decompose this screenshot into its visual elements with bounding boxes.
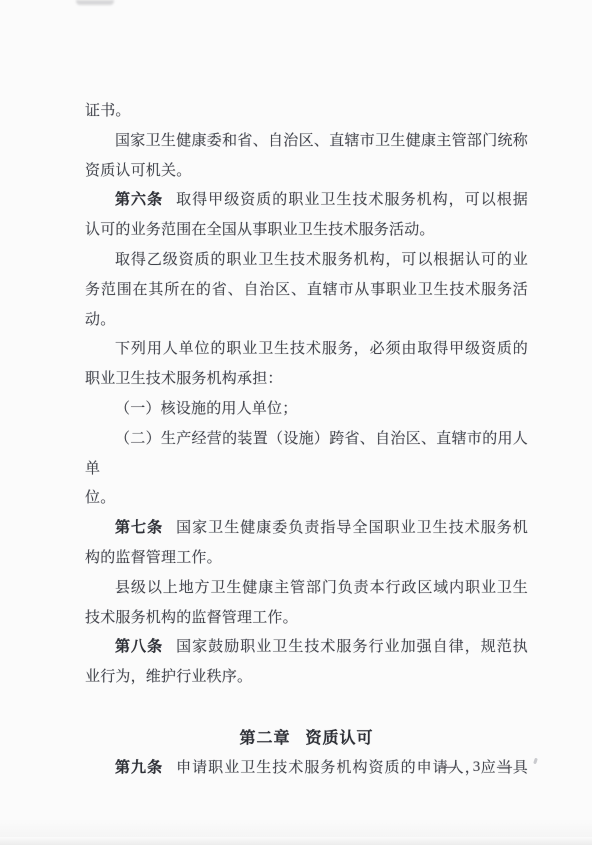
chapter-heading: 第二章资质认可 <box>85 724 528 754</box>
doc-line-text: 下列用人单位的职业卫生技术服务，必须由取得甲级资质的 <box>115 341 528 357</box>
scan-artifact-top-smudge <box>76 0 114 5</box>
scan-artifact-bottom-edge <box>0 837 592 845</box>
doc-line: 职业卫生技术服务机构承担： <box>85 365 528 395</box>
chapter-title: 资质认可 <box>306 730 374 747</box>
article-number-label: 第九条 <box>115 760 163 776</box>
doc-line-text: 职业卫生技术服务机构承担： <box>85 371 283 387</box>
scan-artifact-speck <box>533 758 538 765</box>
doc-line: 构的监督管理工作。 <box>85 544 528 574</box>
doc-line-list-item-1: （一）核设施的用人单位； <box>85 395 528 425</box>
doc-line-text: 技术服务机构的监督管理工作。 <box>85 610 298 626</box>
doc-line-text: 动。 <box>85 312 115 328</box>
doc-line: 动。 <box>85 306 528 336</box>
doc-line-text: （一）核设施的用人单位； <box>115 401 297 417</box>
page-number: — 3 — <box>441 759 516 776</box>
doc-line: 资质认可机关。 <box>85 157 528 187</box>
doc-line-article-6: 第六条取得甲级资质的职业卫生技术服务机构，可以根据 <box>85 186 528 216</box>
doc-line-text: 位。 <box>85 490 115 506</box>
doc-line: 下列用人单位的职业卫生技术服务，必须由取得甲级资质的 <box>85 335 528 365</box>
scan-artifact-noise-band <box>0 819 592 837</box>
doc-line-text: 认可的业务范围在全国从事职业卫生技术服务活动。 <box>85 222 435 238</box>
chapter-number: 第二章 <box>239 730 290 747</box>
doc-line-text: 县级以上地方卫生健康主管部门负责本行政区域内职业卫生 <box>115 580 528 596</box>
doc-line-text: 务范围在其所在的省、自治区、直辖市从事职业卫生技术服务活 <box>85 282 528 298</box>
article-number-label: 第六条 <box>115 192 163 208</box>
doc-line-text: 国家鼓励职业卫生技术服务行业加强自律，规范执 <box>176 639 528 655</box>
scanned-document-page: { "colors": { "paper": "#fbfbfb", "ink":… <box>0 0 592 845</box>
doc-line-text: 国家卫生健康委和省、自治区、直辖市卫生健康主管部门统称 <box>115 133 528 149</box>
doc-line-article-7: 第七条国家卫生健康委负责指导全国职业卫生技术服务机 <box>85 514 528 544</box>
doc-line: 国家卫生健康委和省、自治区、直辖市卫生健康主管部门统称 <box>85 127 528 157</box>
doc-line-list-item-2: （二）生产经营的装置（设施）跨省、自治区、直辖市的用人单 <box>85 425 528 485</box>
doc-line: 取得乙级资质的职业卫生技术服务机构，可以根据认可的业 <box>85 246 528 276</box>
doc-line-text: （二）生产经营的装置（设施）跨省、自治区、直辖市的用人单 <box>85 431 528 477</box>
doc-line: 务范围在其所在的省、自治区、直辖市从事职业卫生技术服务活 <box>85 276 528 306</box>
doc-line-text: 取得甲级资质的职业卫生技术服务机构，可以根据 <box>176 192 528 208</box>
document-text-block: 证书。 国家卫生健康委和省、自治区、直辖市卫生健康主管部门统称 资质认可机关。 … <box>85 97 528 784</box>
doc-line-text: 资质认可机关。 <box>85 163 191 179</box>
doc-line-text: 业行为，维护行业秩序。 <box>85 669 252 685</box>
doc-line-text: 构的监督管理工作。 <box>85 550 222 566</box>
doc-line: 位。 <box>85 484 528 514</box>
article-number-label: 第七条 <box>115 520 163 536</box>
doc-line: 认可的业务范围在全国从事职业卫生技术服务活动。 <box>85 216 528 246</box>
doc-line-text: 证书。 <box>85 103 131 119</box>
doc-line: 业行为，维护行业秩序。 <box>85 663 528 693</box>
doc-line: 县级以上地方卫生健康主管部门负责本行政区域内职业卫生 <box>85 574 528 604</box>
doc-line-text: 国家卫生健康委负责指导全国职业卫生技术服务机 <box>176 520 528 536</box>
doc-line-article-8: 第八条国家鼓励职业卫生技术服务行业加强自律，规范执 <box>85 633 528 663</box>
article-number-label: 第八条 <box>115 639 163 655</box>
doc-line: 技术服务机构的监督管理工作。 <box>85 604 528 634</box>
doc-line-text: 取得乙级资质的职业卫生技术服务机构，可以根据认可的业 <box>115 252 528 268</box>
doc-line: 证书。 <box>85 97 528 127</box>
